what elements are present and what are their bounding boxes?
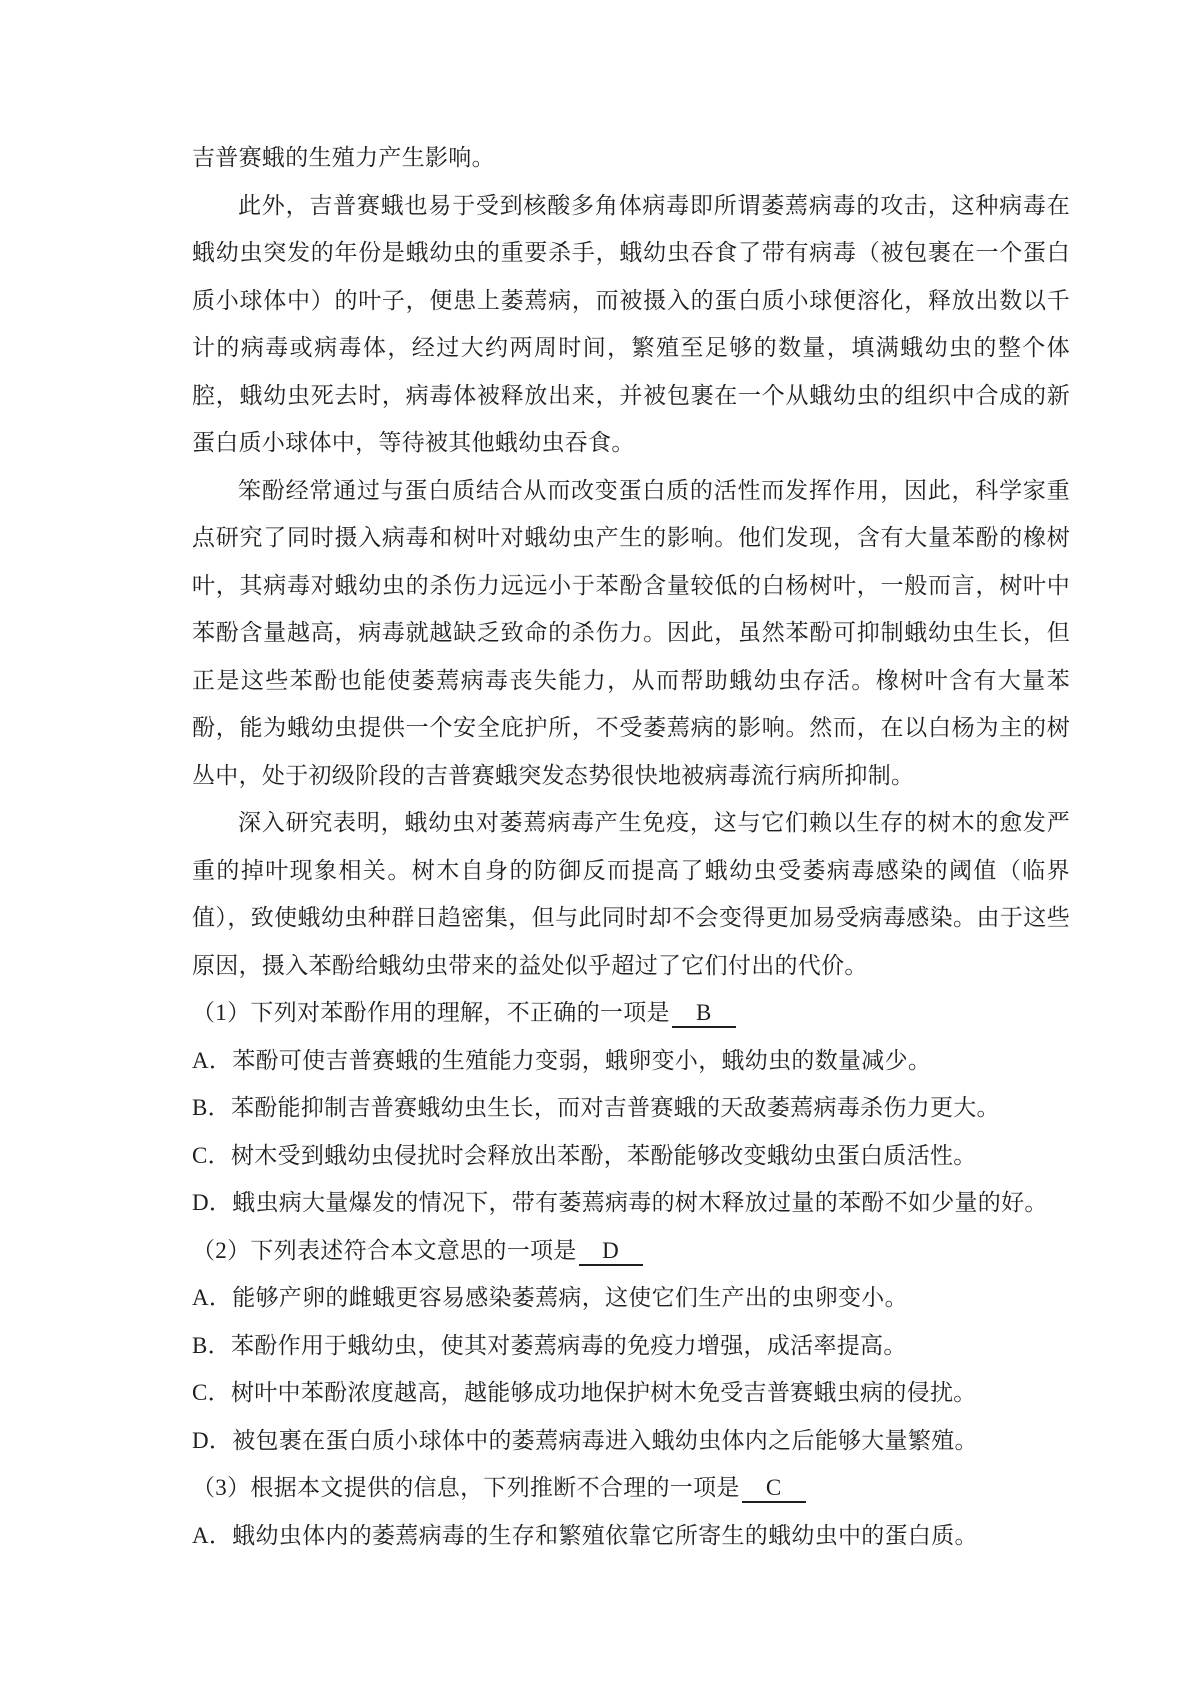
question-1-option-c: C．树木受到蛾幼虫侵扰时会释放出苯酚，苯酚能够改变蛾幼虫蛋白质活性。: [192, 1132, 1070, 1180]
paragraph-deep-research: 深入研究表明，蛾幼虫对萎蔫病毒产生免疫，这与它们赖以生存的树木的愈发严重的掉叶现…: [192, 799, 1070, 989]
document-content: 吉普赛蛾的生殖力产生影响。 此外，吉普赛蛾也易于受到核酸多角体病毒即所谓萎蔫病毒…: [192, 134, 1070, 1559]
question-2: （2）下列表述符合本文意思的一项是D: [192, 1227, 1070, 1275]
question-3-answer-blank: C: [742, 1475, 806, 1503]
question-1-answer-blank: B: [672, 1000, 736, 1028]
question-3-stem: （3）根据本文提供的信息，下列推断不合理的一项是: [192, 1475, 740, 1500]
question-1-stem: （1）下列对苯酚作用的理解，不正确的一项是: [192, 1000, 670, 1025]
question-2-stem: （2）下列表述符合本文意思的一项是: [192, 1238, 577, 1263]
paragraph-continuation: 吉普赛蛾的生殖力产生影响。: [192, 134, 1070, 182]
document-page: 吉普赛蛾的生殖力产生影响。 此外，吉普赛蛾也易于受到核酸多角体病毒即所谓萎蔫病毒…: [0, 0, 1200, 1698]
question-1: （1）下列对苯酚作用的理解，不正确的一项是B: [192, 989, 1070, 1037]
question-2-answer-blank: D: [579, 1238, 643, 1266]
question-2-option-d: D．被包裹在蛋白质小球体中的萎蔫病毒进入蛾幼虫体内之后能够大量繁殖。: [192, 1417, 1070, 1465]
question-2-option-b: B．苯酚作用于蛾幼虫，使其对萎蔫病毒的免疫力增强，成活率提高。: [192, 1322, 1070, 1370]
question-2-option-a: A．能够产卵的雌蛾更容易感染萎蔫病，这使它们生产出的虫卵变小。: [192, 1274, 1070, 1322]
paragraph-phenol-research: 笨酚经常通过与蛋白质结合从而改变蛋白质的活性而发挥作用，因此，科学家重点研究了同…: [192, 467, 1070, 800]
question-1-option-d: D．蛾虫病大量爆发的情况下，带有萎蔫病毒的树木释放过量的苯酚不如少量的好。: [192, 1179, 1070, 1227]
question-2-option-c: C．树叶中苯酚浓度越高，越能够成功地保护树木免受吉普赛蛾虫病的侵扰。: [192, 1369, 1070, 1417]
question-3: （3）根据本文提供的信息，下列推断不合理的一项是C: [192, 1464, 1070, 1512]
question-1-option-b: B．苯酚能抑制吉普赛蛾幼虫生长，而对吉普赛蛾的天敌萎蔫病毒杀伤力更大。: [192, 1084, 1070, 1132]
question-1-option-a: A．苯酚可使吉普赛蛾的生殖能力变弱，蛾卵变小，蛾幼虫的数量减少。: [192, 1037, 1070, 1085]
paragraph-virus-attack: 此外，吉普赛蛾也易于受到核酸多角体病毒即所谓萎蔫病毒的攻击，这种病毒在蛾幼虫突发…: [192, 182, 1070, 467]
question-3-option-a: A．蛾幼虫体内的萎蔫病毒的生存和繁殖依靠它所寄生的蛾幼虫中的蛋白质。: [192, 1512, 1070, 1560]
